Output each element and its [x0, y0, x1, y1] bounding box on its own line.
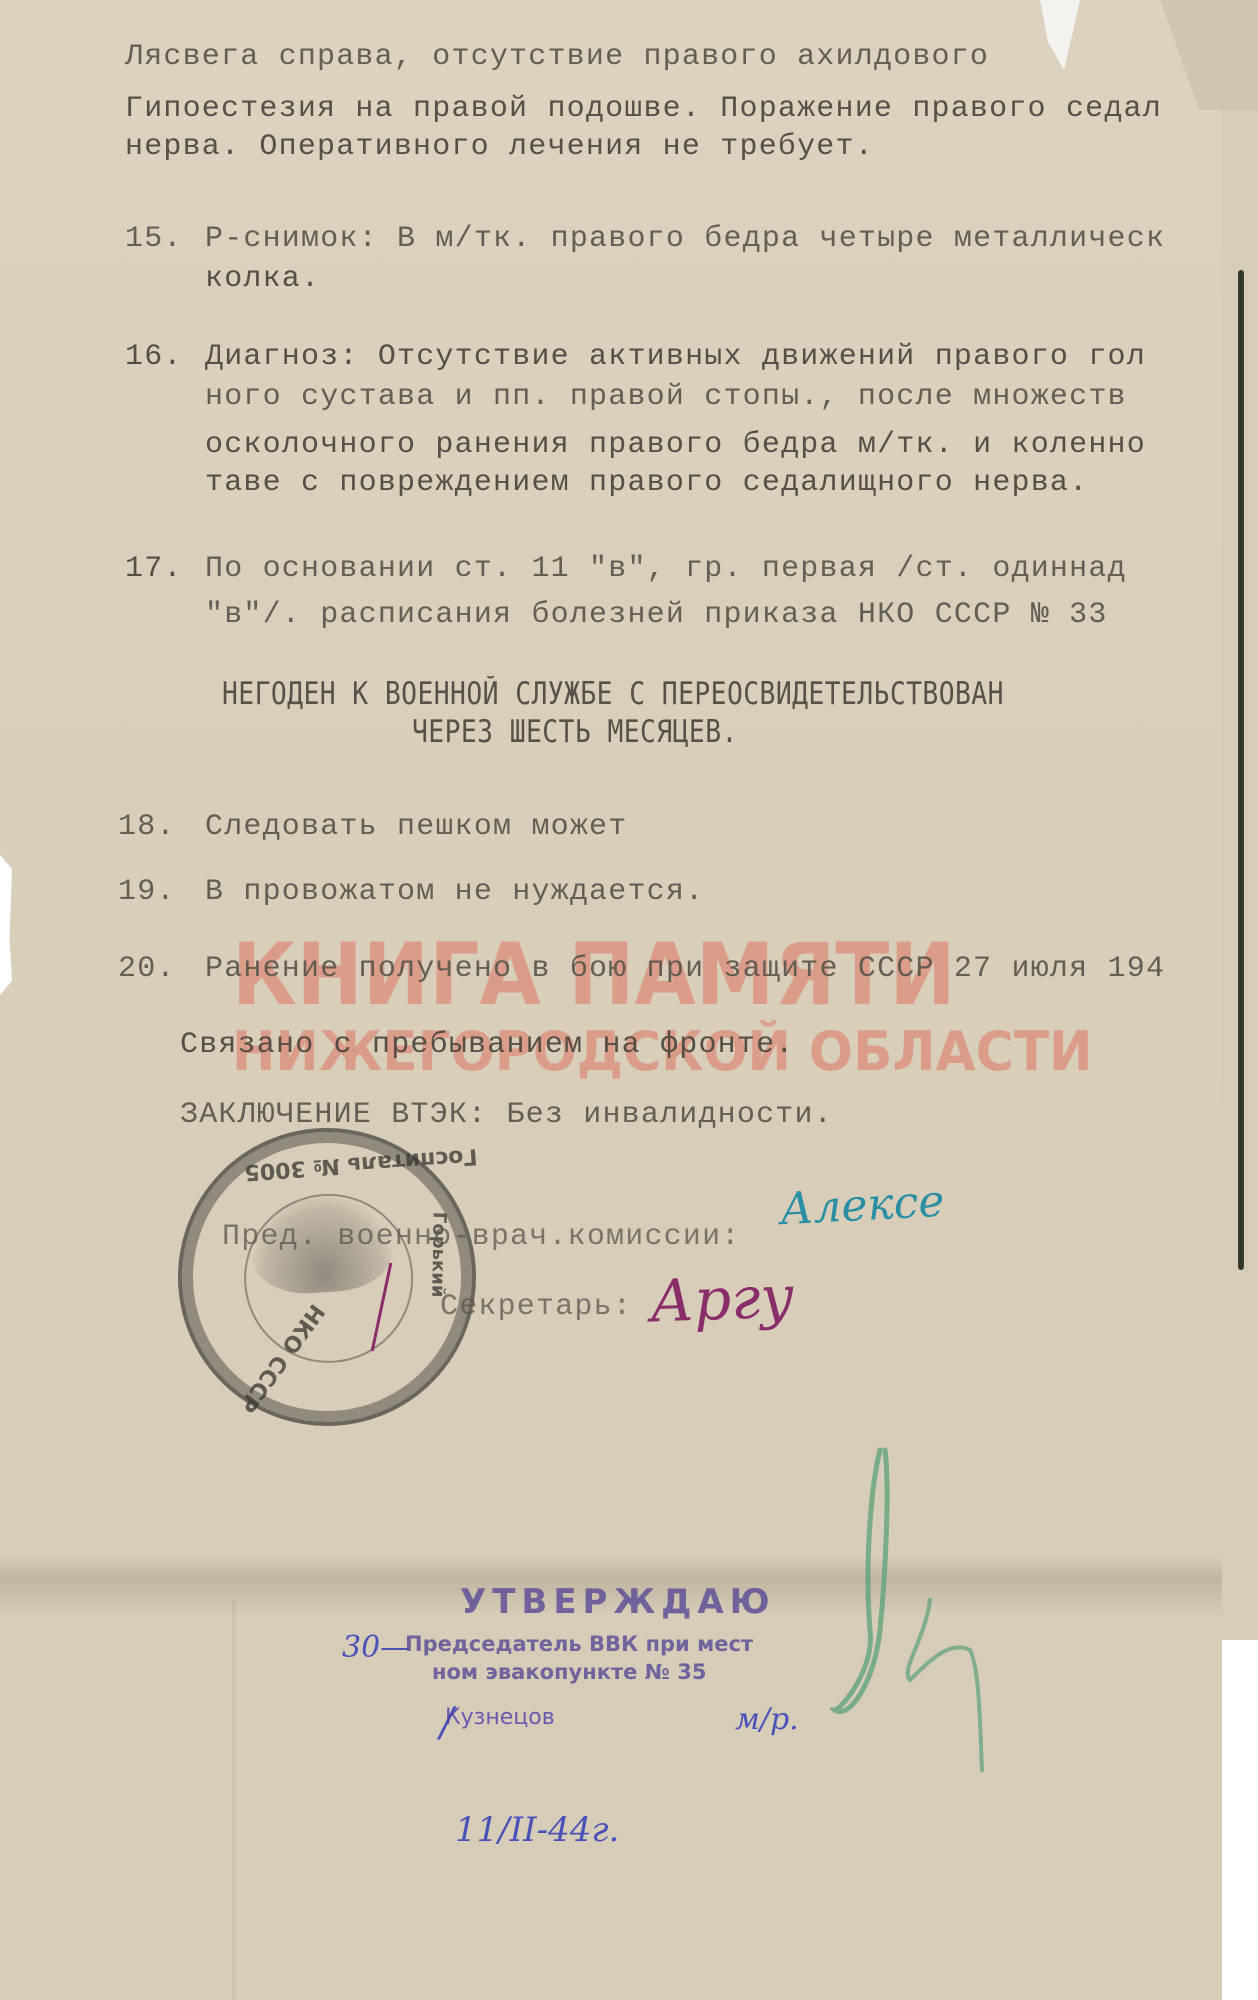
item-19-number: 19. — [118, 875, 176, 909]
verdict-line-1: НЕГОДЕН К ВОЕННОЙ СЛУЖБЕ С ПЕРЕОСВИДЕТЕЛ… — [222, 676, 1004, 712]
approval-line-2: ном эвакопункте № 35 — [432, 1660, 707, 1684]
item-20-line-1: Ранение получено в бою при защите СССР 2… — [205, 952, 1165, 986]
approval-title: УТВЕРЖДАЮ — [460, 1582, 776, 1622]
continued-line-1: Лясвега справа, отсутствие правого ахилд… — [125, 40, 989, 74]
approval-date: 11/II-44г. — [455, 1810, 619, 1850]
item-17-number: 17. — [125, 552, 183, 586]
item-18-number: 18. — [118, 810, 176, 844]
continued-line-3: нерва. Оперативного лечения не требует. — [125, 130, 874, 164]
item-16-line-4: таве с повреждением правого седалищного … — [205, 466, 1088, 500]
chair-label: Пред. военно-врач.комиссии: — [222, 1220, 740, 1254]
approval-line-1: Председатель ВВК при мест — [405, 1632, 753, 1656]
secretary-label: Секретарь: — [440, 1290, 632, 1324]
item-19-line-1: В провожатом не нуждается. — [205, 875, 704, 909]
vtek-conclusion: ЗАКЛЮЧЕНИЕ ВТЭК: Без инвалидности. — [180, 1098, 833, 1132]
binding-thread — [1238, 270, 1244, 1270]
approval-handwritten-number: 30— — [342, 1630, 410, 1665]
paper-fold — [232, 1600, 236, 2000]
item-15-line-2: колка. — [205, 262, 320, 296]
item-17-line-2: "в"/. расписания болезней приказа НКО СС… — [205, 598, 1108, 632]
chair-signature: Алексе — [779, 1176, 946, 1236]
item-16-line-3: осколочного ранения правого бедра м/тк. … — [205, 428, 1146, 462]
item-15-line-1: Р-снимок: В м/тк. правого бедра четыре м… — [205, 222, 1165, 256]
item-15-number: 15. — [125, 222, 183, 256]
item-20-line-2: Связано с пребыванием на фронте. — [180, 1028, 795, 1062]
verdict-line-2: ЧЕРЕЗ ШЕСТЬ МЕСЯЦЕВ. — [412, 714, 738, 750]
item-16-number: 16. — [125, 340, 183, 374]
item-16-line-2: ного сустава и пп. правой стопы., после … — [205, 380, 1127, 414]
green-pencil-mark-icon — [830, 1430, 1010, 1790]
item-18-line-1: Следовать пешком может — [205, 810, 627, 844]
continued-line-2: Гипоестезия на правой подошве. Поражение… — [125, 92, 1162, 126]
approval-handwritten-suffix: м/р. — [735, 1702, 799, 1737]
approval-name: Кузнецов — [445, 1705, 555, 1730]
item-20-number: 20. — [118, 952, 176, 986]
item-16-line-1: Диагноз: Отсутствие активных движений пр… — [205, 340, 1146, 374]
item-17-line-1: По основании ст. 11 "в", гр. первая /ст.… — [205, 552, 1127, 586]
secretary-signature: Аргу — [649, 1263, 795, 1336]
